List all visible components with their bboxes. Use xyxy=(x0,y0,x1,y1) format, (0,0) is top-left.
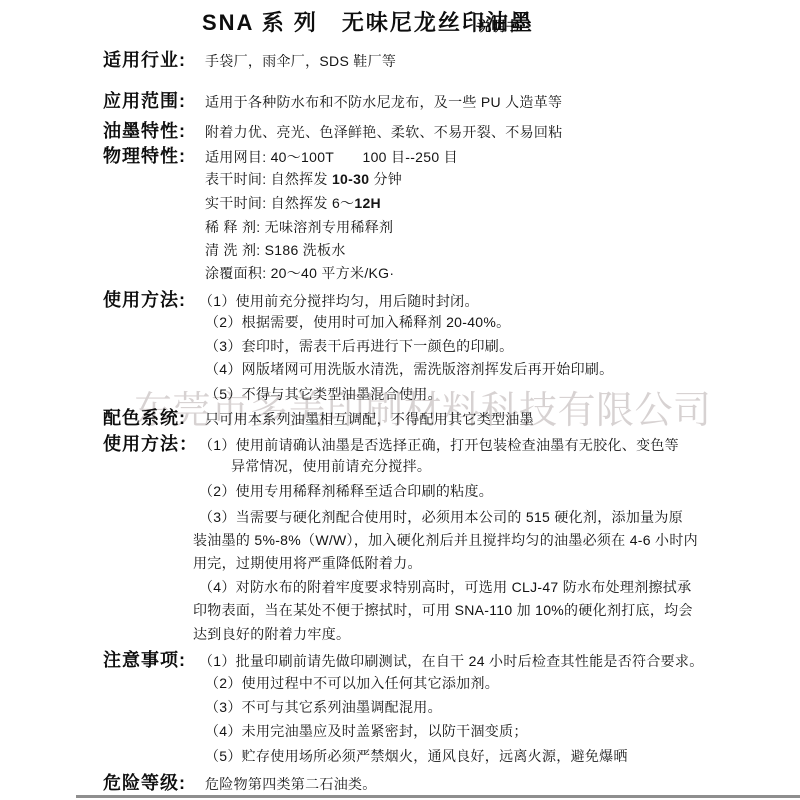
physical-label: 物理特性: xyxy=(103,142,205,168)
document-page: 东莞市多美印刷材料科技有限公司 SNA 系 列 无味尼龙丝印油墨 说明书 适用行… xyxy=(0,0,800,800)
usage2-line-7: （4）对防水布的附着牢度要求特别高时，可选用 CLJ-47 防水布处理剂擦拭承 xyxy=(199,577,691,597)
section-hazard: 危险等级:危险物第四类第二石油类。 xyxy=(103,769,377,795)
color-system-label: 配色系统: xyxy=(103,404,205,430)
industries-content: 手袋厂，雨伞厂，SDS 鞋厂等 xyxy=(205,53,396,69)
hazard-content: 危险物第四类第二石油类。 xyxy=(205,776,377,792)
cautions-item-4: （4）未用完油墨应及时盖紧密封，以防干涸变质； xyxy=(205,721,528,741)
physical-surface-dry: 表干时间: 自然挥发 10-30 分钟 xyxy=(205,169,402,189)
section-industries: 适用行业:手袋厂，雨伞厂，SDS 鞋厂等 xyxy=(103,46,396,72)
section-usage1: 使用方法:（1）使用前充分搅拌均匀，用后随时封闭。 xyxy=(103,286,479,312)
usage1-item-1: （1）使用前充分搅拌均匀，用后随时封闭。 xyxy=(199,293,479,309)
full-dry-bold: 12H xyxy=(354,195,381,211)
cautions-item-1: （1）批量印刷前请先做印刷测试，在自干 24 小时后检查其性能是否符合要求。 xyxy=(199,653,704,669)
usage2-line-6: 用完，过期使用将严重降低附着力。 xyxy=(193,553,422,573)
usage2-line-3: （2）使用专用稀释剂稀释至适合印刷的粘度。 xyxy=(199,481,493,501)
usage1-label: 使用方法: xyxy=(103,286,199,312)
usage2-line-5: 装油墨的 5%-8%（W/W），加入硬化剂后并且搅拌均匀的油墨必须在 4-6 小… xyxy=(193,530,698,550)
surface-dry-pre: 表干时间: 自然挥发 xyxy=(205,171,332,187)
physical-full-dry: 实干时间: 自然挥发 6～12H xyxy=(205,193,381,213)
color-system-content: 只可用本系列油墨相互调配，不得配用其它类型油墨 xyxy=(205,411,534,427)
usage2-line-4: （3）当需要与硬化剂配合使用时，必须用本公司的 515 硬化剂，添加量为原 xyxy=(199,507,683,527)
usage2-line-9: 达到良好的附着力牢度。 xyxy=(193,624,350,644)
usage2-line-8: 印物表面，当在某处不便于擦拭时，可用 SNA-110 加 10%的硬化剂打底，均… xyxy=(193,600,693,620)
application-content: 适用于各种防水布和不防水尼龙布，及一些 PU 人造革等 xyxy=(205,94,562,110)
usage2-label: 使用方法： xyxy=(103,430,199,456)
cautions-item-2: （2）使用过程中不可以加入任何其它添加剂。 xyxy=(205,673,499,693)
section-usage2: 使用方法：（1）使用前请确认油墨是否选择正确，打开包装检查油墨有无胶化、变色等 xyxy=(103,430,679,456)
physical-mesh: 适用网目: 40～100T 100 目--250 目 xyxy=(205,149,458,165)
usage1-item-2: （2）根据需要，使用时可加入稀释剂 20-40%。 xyxy=(205,312,510,332)
usage2-line-2: 异常情况，使用前请充分搅拌。 xyxy=(231,456,431,476)
physical-cleaner: 清 洗 剂: S186 洗板水 xyxy=(205,240,346,260)
usage1-item-5: （5）不得与其它类型油墨混合使用。 xyxy=(205,384,442,404)
usage1-item-3: （3）套印时，需表干后再进行下一颜色的印刷。 xyxy=(205,336,513,356)
usage2-line-1: （1）使用前请确认油墨是否选择正确，打开包装检查油墨有无胶化、变色等 xyxy=(199,437,679,453)
surface-dry-post: 分钟 xyxy=(369,171,402,187)
industries-label: 适用行业: xyxy=(103,46,205,72)
hazard-label: 危险等级: xyxy=(103,769,205,795)
section-cautions: 注意事项:（1）批量印刷前请先做印刷测试，在自干 24 小时后检查其性能是否符合… xyxy=(103,646,704,672)
section-physical: 物理特性:适用网目: 40～100T 100 目--250 目 xyxy=(103,142,458,168)
surface-dry-bold: 10-30 xyxy=(332,171,369,187)
cautions-label: 注意事项: xyxy=(103,646,199,672)
section-ink-features: 油墨特性:附着力优、亮光、色泽鲜艳、柔软、不易开裂、不易回粘 xyxy=(103,117,563,143)
section-color-system: 配色系统:只可用本系列油墨相互调配，不得配用其它类型油墨 xyxy=(103,404,534,430)
full-dry-pre: 实干时间: 自然挥发 6～ xyxy=(205,195,354,211)
page-subtitle: 说明书 xyxy=(477,15,521,35)
bottom-divider xyxy=(76,795,800,798)
cautions-item-5: （5）贮存使用场所必须严禁烟火，通风良好，远离火源，避免爆晒 xyxy=(205,746,628,766)
application-label: 应用范围: xyxy=(103,87,205,113)
physical-thinner: 稀 释 剂: 无味溶剂专用稀释剂 xyxy=(205,217,393,237)
cautions-item-3: （3）不可与其它系列油墨调配混用。 xyxy=(205,697,442,717)
ink-features-label: 油墨特性: xyxy=(103,117,205,143)
usage1-item-4: （4）网版堵网可用洗版水清洗，需洗版溶剂挥发后再开始印刷。 xyxy=(205,359,613,379)
physical-coverage: 涂覆面积: 20～40 平方米/KG· xyxy=(205,263,394,283)
ink-features-content: 附着力优、亮光、色泽鲜艳、柔软、不易开裂、不易回粘 xyxy=(205,124,563,140)
section-application: 应用范围:适用于各种防水布和不防水尼龙布，及一些 PU 人造革等 xyxy=(103,87,562,113)
